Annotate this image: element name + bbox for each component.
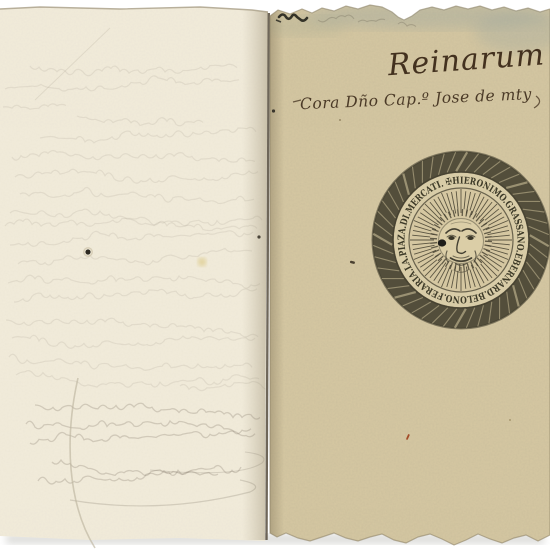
left-page (0, 7, 270, 548)
manuscript-photo: Reinarum Cora Dño Cap.º Jose de mty ✠HIE… (0, 0, 550, 550)
gutter-speck (257, 235, 260, 238)
notary-seal: ✠HIERONIMO.GRASSANO.EBERNARD.BELONO.FERA… (373, 152, 550, 329)
left-paper-grain (0, 7, 270, 543)
right-page: Reinarum Cora Dño Cap.º Jose de mty ✠HIE… (265, 3, 550, 548)
worm-hole (85, 249, 90, 254)
manuscript-svg: Reinarum Cora Dño Cap.º Jose de mty ✠HIE… (0, 0, 550, 550)
yellow-stain (198, 258, 207, 267)
right-gutter-shadow (270, 3, 284, 548)
seal-ink-blot (438, 239, 446, 246)
